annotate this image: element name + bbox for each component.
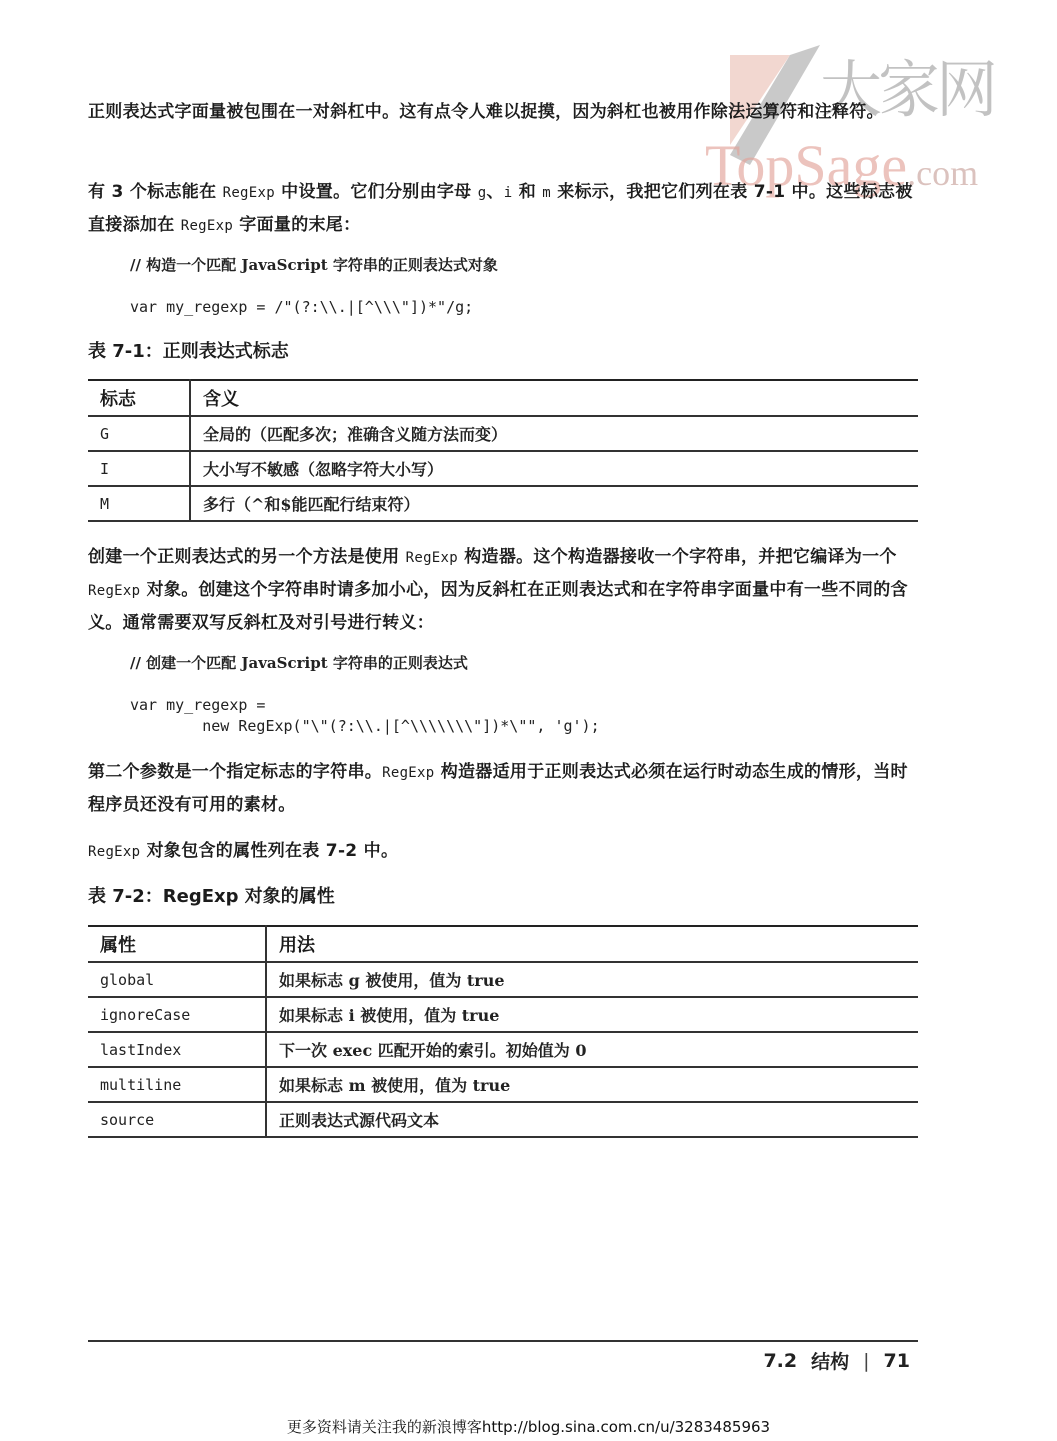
usage-cell: 下一次 exec 匹配开始的索引。初始值为 0 [266, 1032, 918, 1067]
column-header: 用法 [266, 926, 918, 962]
inline-code: i [504, 185, 513, 201]
text: 对象。创建这个字符串时请多加小心，因为反斜杠在正则表达式和在字符串字面量中有一些… [88, 580, 908, 633]
table-row: G 全局的（匹配多次；准确含义随方法而变） [88, 416, 918, 451]
paragraph-flags-intro: 有 3 个标志能在 RegExp 中设置。它们分别由字母 g、i 和 m 来标示… [88, 176, 918, 242]
paragraph-regex-literal: 正则表达式字面量被包围在一对斜杠中。这有点令人难以捉摸，因为斜杠也被用作除法运算… [88, 96, 918, 128]
table-row: I 大小写不敏感（忽略字符大小写） [88, 451, 918, 486]
table-caption: 表 7-2：RegExp 对象的属性 [88, 882, 335, 908]
property-cell: source [88, 1102, 266, 1137]
section-number: 7.2 [763, 1350, 797, 1372]
table-header-row: 属性 用法 [88, 926, 918, 962]
property-cell: lastIndex [88, 1032, 266, 1067]
code-line: var my_regexp = /"(?:\\.|[^\\\"])*"/g; [130, 297, 473, 318]
text: 中设置。它们分别由字母 [275, 182, 478, 202]
properties-table: 属性 用法 global 如果标志 g 被使用，值为 true ignoreCa… [88, 925, 918, 1138]
usage-cell: 如果标志 g 被使用，值为 true [266, 962, 918, 997]
text: 对象包含的属性列在表 7-2 中。 [140, 841, 398, 861]
text: 和 [513, 182, 543, 202]
table-row: multiline 如果标志 m 被使用，值为 true [88, 1067, 918, 1102]
code-line: new RegExp("\"(?:\\.|[^\\\\\\\"])*\"", '… [130, 716, 600, 737]
meaning-cell: 多行（^和$能匹配行结束符） [190, 486, 918, 521]
paragraph-properties-intro: RegExp 对象包含的属性列在表 7-2 中。 [88, 835, 918, 868]
column-header: 含义 [190, 380, 918, 416]
property-cell: global [88, 962, 266, 997]
table-row: global 如果标志 g 被使用，值为 true [88, 962, 918, 997]
paragraph-second-argument: 第二个参数是一个指定标志的字符串。RegExp 构造器适用于正则表达式必须在运行… [88, 756, 918, 821]
blog-link-note: 更多资料请关注我的新浪博客http://blog.sina.com.cn/u/3… [0, 1416, 1057, 1437]
text: 第二个参数是一个指定标志的字符串。 [88, 762, 382, 782]
inline-code: RegExp [181, 218, 233, 234]
paragraph-regexp-constructor: 创建一个正则表达式的另一个方法是使用 RegExp 构造器。这个构造器接收一个字… [88, 541, 918, 639]
flag-cell: I [88, 451, 190, 486]
footer-divider [88, 1340, 918, 1342]
flag-cell: G [88, 416, 190, 451]
flag-cell: M [88, 486, 190, 521]
text: 、 [486, 182, 503, 202]
code-comment: // 创建一个匹配 JavaScript 字符串的正则表达式 [130, 652, 468, 673]
inline-code: RegExp [88, 844, 140, 860]
meaning-cell: 全局的（匹配多次；准确含义随方法而变） [190, 416, 918, 451]
column-header: 标志 [88, 380, 190, 416]
usage-cell: 如果标志 i 被使用，值为 true [266, 997, 918, 1032]
code-line: var my_regexp = [130, 695, 265, 716]
code-comment: // 构造一个匹配 JavaScript 字符串的正则表达式对象 [130, 254, 498, 275]
property-cell: ignoreCase [88, 997, 266, 1032]
page-number: 71 [884, 1350, 910, 1372]
text: 有 3 个标志能在 [88, 182, 223, 202]
inline-code: RegExp [88, 583, 140, 599]
meaning-cell: 大小写不敏感（忽略字符大小写） [190, 451, 918, 486]
flags-table: 标志 含义 G 全局的（匹配多次；准确含义随方法而变） I 大小写不敏感（忽略字… [88, 379, 918, 522]
section-title: 结构 [811, 1347, 849, 1374]
table-caption: 表 7-1：正则表达式标志 [88, 337, 289, 363]
column-header: 属性 [88, 926, 266, 962]
table-header-row: 标志 含义 [88, 380, 918, 416]
inline-code: RegExp [223, 185, 275, 201]
property-cell: multiline [88, 1067, 266, 1102]
footer-separator: | [863, 1350, 869, 1372]
table-row: ignoreCase 如果标志 i 被使用，值为 true [88, 997, 918, 1032]
text: 创建一个正则表达式的另一个方法是使用 [88, 547, 406, 567]
text: 构造器。这个构造器接收一个字符串，并把它编译为一个 [458, 547, 897, 567]
inline-code: RegExp [382, 765, 434, 781]
table-row: source 正则表达式源代码文本 [88, 1102, 918, 1137]
table-row: M 多行（^和$能匹配行结束符） [88, 486, 918, 521]
usage-cell: 如果标志 m 被使用，值为 true [266, 1067, 918, 1102]
page-footer: 7.2 结构 | 71 [763, 1347, 910, 1374]
inline-code: m [542, 185, 551, 201]
usage-cell: 正则表达式源代码文本 [266, 1102, 918, 1137]
text: 字面量的末尾： [233, 215, 360, 235]
inline-code: RegExp [406, 550, 458, 566]
table-row: lastIndex 下一次 exec 匹配开始的索引。初始值为 0 [88, 1032, 918, 1067]
